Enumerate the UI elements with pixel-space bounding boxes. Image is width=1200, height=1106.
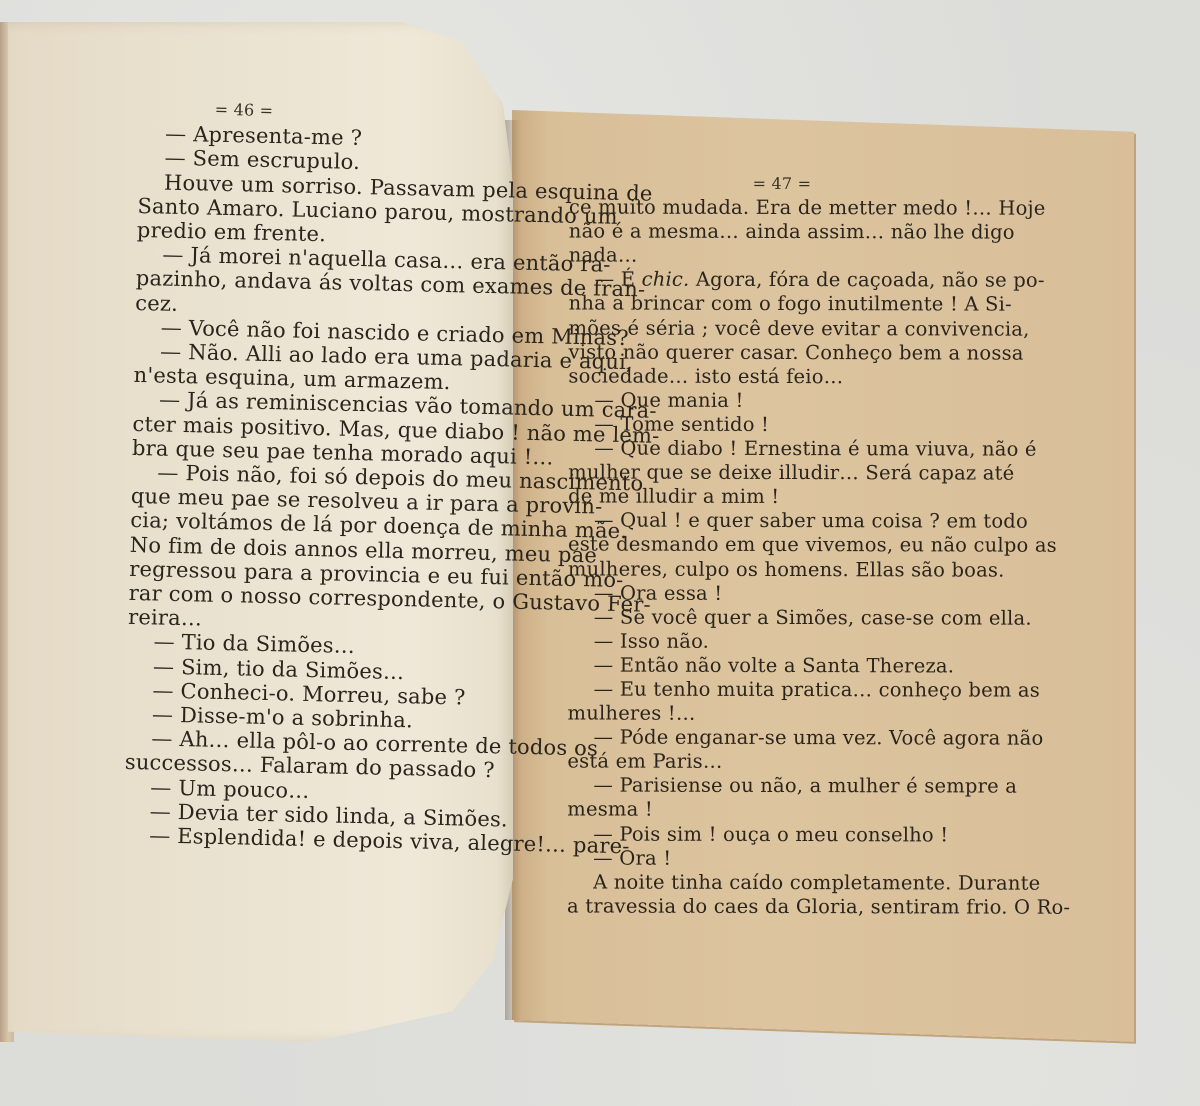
text-line: de me illudir a mim !: [568, 485, 994, 510]
text-line: a travessia do caes da Gloria, sentiram …: [567, 894, 993, 919]
text-line: nha a brincar com o fogo inutilmente ! A…: [569, 292, 995, 317]
text-line: — Qual ! e quer saber uma coisa ? em tod…: [568, 509, 994, 534]
open-book: = 46 = — Apresenta-me ? — Sem escrupulo.…: [0, 0, 1200, 1106]
text-line: mões é séria ; você deve evitar a conviv…: [569, 316, 995, 341]
text-line: sociedade… isto está feio…: [568, 364, 994, 389]
text-line: este desmando em que vivemos, eu não cul…: [568, 533, 994, 558]
text-line: — Que diabo ! Ernestina é uma viuva, não…: [568, 436, 994, 461]
text-line: — Ora !: [567, 846, 993, 871]
text-line: nada…: [569, 244, 995, 269]
right-page-text: = 47 = ce muito mudada. Era de metter me…: [567, 171, 995, 919]
text-line: — Pois sim ! ouça o meu conselho !: [567, 822, 993, 847]
text-line: mulher que se deixe illudir… Será capaz …: [568, 461, 994, 486]
text-line: — Se você quer a Simões, case-se com ell…: [568, 605, 994, 630]
text-line: mulheres !…: [568, 702, 994, 727]
text-line: está em Paris…: [567, 750, 993, 775]
text-line: — Ora essa !: [568, 581, 994, 606]
text-line: não é a mesma… ainda assim… não lhe digo: [569, 220, 995, 245]
text-line: A noite tinha caído completamente. Duran…: [567, 870, 993, 895]
text-line: mulheres, culpo os homens. Ellas são boa…: [568, 557, 994, 582]
text-line: — Eu tenho muita pratica… conheço bem as: [568, 677, 994, 702]
text-line-with-italic: — É chic. Agora, fóra de caçoada, não se…: [569, 268, 995, 293]
left-page-text: = 46 = — Apresenta-me ? — Sem escrupulo.…: [123, 96, 520, 856]
page-number-right: = 47 =: [569, 171, 995, 196]
text-line: — Tome sentido !: [568, 412, 994, 437]
italic-word: chic.: [642, 268, 690, 291]
text-line: — Que mania !: [568, 388, 994, 413]
text-line: — Parisiense ou não, a mulher é sempre a: [567, 774, 993, 799]
text-line: ce muito mudada. Era de metter medo !… H…: [569, 196, 995, 221]
text-line: — Póde enganar-se uma vez. Você agora nã…: [567, 726, 993, 751]
text-line: mesma !: [567, 798, 993, 823]
text-line: — Então não volte a Santa Thereza.: [568, 653, 994, 678]
text-line: — Isso não.: [568, 629, 994, 654]
text-line: visto não querer casar. Conheço bem a no…: [568, 340, 994, 365]
